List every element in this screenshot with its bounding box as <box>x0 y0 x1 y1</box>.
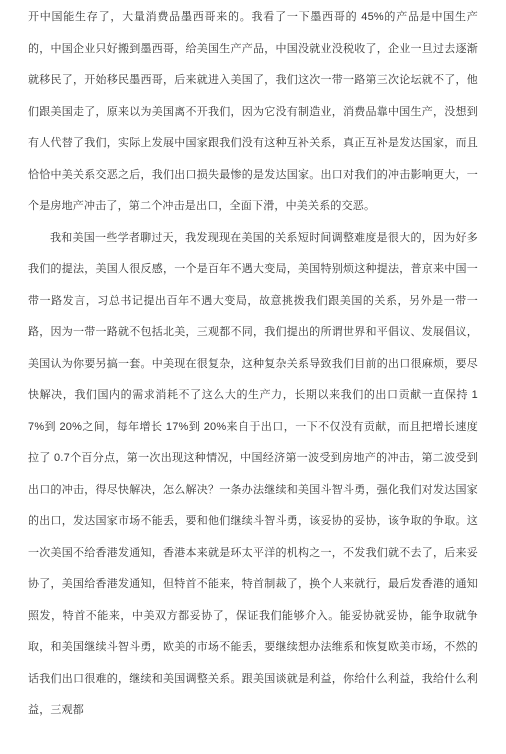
paragraph-continuation: 开中国能生存了，大量消费品墨西哥来的。我看了一下墨西哥的 45%的产品是中国生产… <box>28 2 478 223</box>
document-page: 开中国能生存了，大量消费品墨西哥来的。我看了一下墨西哥的 45%的产品是中国生产… <box>0 0 506 754</box>
paragraph-body: 我和美国一些学者聊过天，我发现现在美国的关系短时间调整难度是很大的，因为好多我们… <box>28 223 478 727</box>
